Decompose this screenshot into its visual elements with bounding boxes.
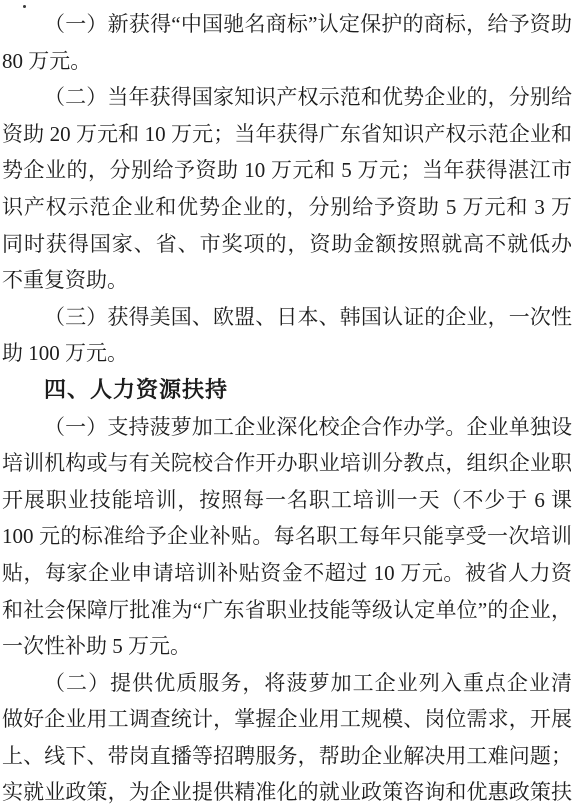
text-line: 势企业的，分别给予资助 10 万元和 5 万元；当年获得湛江市知 — [2, 152, 572, 189]
scan-artifact-dot — [23, 5, 26, 8]
document-page: （一）新获得“中国驰名商标”认定保护的商标，给予资助80 万元。（二）当年获得国… — [0, 0, 575, 812]
text-line: 贴，每家企业申请培训补贴资金不超过 10 万元。被省人力资源 — [2, 555, 572, 592]
text-line: 开展职业技能培训，按照每一名职工培训一天（不少于 6 课时） — [2, 482, 572, 519]
text-line: 做好企业用工调查统计，掌握企业用工规模、岗位需求，开展线 — [2, 701, 572, 738]
text-line: 实就业政策，为企业提供精准化的就业政策咨询和优惠政策扶持。 — [2, 774, 572, 811]
text-line: 同时获得国家、省、市奖项的，资助金额按照就高不就低办法， — [2, 226, 572, 263]
text-line: 上、线下、带岗直播等招聘服务，帮助企业解决用工难问题；落 — [2, 738, 572, 775]
text-line: 100 元的标准给予企业补贴。每名职工每年只能享受一次培训补 — [2, 518, 572, 555]
text-line: （三）获得美国、欧盟、日本、韩国认证的企业，一次性资 — [2, 299, 572, 336]
text-line: 一次性补助 5 万元。 — [2, 628, 572, 665]
text-line: 培训机构或与有关院校合作开办职业培训分教点，组织企业职工 — [2, 445, 572, 482]
text-line: （二）当年获得国家知识产权示范和优势企业的，分别给予 — [2, 79, 572, 116]
document-text-block: （一）新获得“中国驰名商标”认定保护的商标，给予资助80 万元。（二）当年获得国… — [2, 6, 572, 811]
section-heading: 四、人力资源扶持 — [2, 372, 572, 409]
text-line: （一）支持菠萝加工企业深化校企合作办学。企业单独设立 — [2, 409, 572, 446]
text-line: （二）提供优质服务，将菠萝加工企业列入重点企业清单， — [2, 665, 572, 702]
text-line: （一）新获得“中国驰名商标”认定保护的商标，给予资助 — [2, 6, 572, 43]
text-line: 不重复资助。 — [2, 262, 572, 299]
text-line: 资助 20 万元和 10 万元；当年获得广东省知识产权示范企业和优 — [2, 116, 572, 153]
text-line: 识产权示范企业和优势企业的，分别给予资助 5 万元和 3 万元。 — [2, 189, 572, 226]
text-line: 和社会保障厅批准为“广东省职业技能等级认定单位”的企业， — [2, 592, 572, 629]
text-line: 80 万元。 — [2, 43, 572, 80]
text-line: 助 100 万元。 — [2, 335, 572, 372]
